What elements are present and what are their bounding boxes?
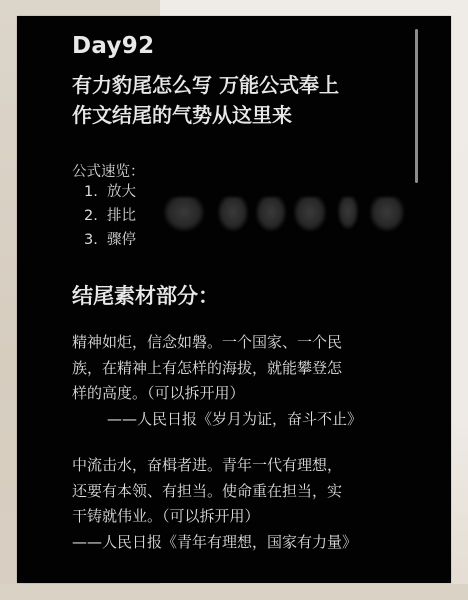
formula-item-text: 排比 bbox=[107, 208, 136, 224]
material-paragraph: 精神如炬，信念如磐。一个国家、一个民 族，在精神上有怎样的海拔，就能攀登怎 样的… bbox=[72, 330, 412, 432]
sheep-icon bbox=[218, 197, 248, 231]
material-source: ——人民日报《岁月为证，奋斗不止》 bbox=[72, 407, 412, 433]
material-line: 干铸就伟业。（可以拆开用） bbox=[72, 504, 412, 530]
formula-item: 3.骤停 bbox=[84, 228, 136, 252]
sheep-icon bbox=[164, 197, 204, 231]
material-paragraph: 中流击水，奋楫者进。青年一代有理想， 还要有本领、有担当。使命重在担当，实 干铸… bbox=[72, 453, 412, 555]
material-source: ——人民日报《青年有理想，国家有力量》 bbox=[72, 530, 412, 556]
scrollbar[interactable] bbox=[415, 29, 418, 183]
material-line: 精神如炬，信念如磐。一个国家、一个民 bbox=[72, 330, 412, 356]
formula-item-text: 骤停 bbox=[107, 232, 136, 248]
formula-item-number: 1. bbox=[84, 180, 107, 204]
section-heading: 结尾素材部分： bbox=[72, 280, 219, 310]
note-card: Day92 有力豹尾怎么写 万能公式奉上 作文结尾的气势从这里来 公式速览： 1… bbox=[17, 16, 451, 583]
formula-item-number: 2. bbox=[84, 204, 107, 228]
sheep-icon bbox=[256, 197, 286, 231]
sheep-icon bbox=[338, 197, 358, 229]
title-line: 作文结尾的气势从这里来 bbox=[72, 100, 339, 130]
title-line: 有力豹尾怎么写 万能公式奉上 bbox=[72, 70, 339, 100]
sheep-icon bbox=[294, 197, 326, 231]
formula-label: 公式速览： bbox=[72, 160, 145, 181]
formula-item: 1.放大 bbox=[84, 180, 136, 204]
page-title: 有力豹尾怎么写 万能公式奉上 作文结尾的气势从这里来 bbox=[72, 70, 339, 130]
sheep-silhouettes-image bbox=[162, 191, 422, 241]
material-line: 中流击水，奋楫者进。青年一代有理想， bbox=[72, 453, 412, 479]
day-label: Day92 bbox=[72, 33, 154, 59]
formula-item: 2.排比 bbox=[84, 204, 136, 228]
formula-list: 1.放大 2.排比 3.骤停 bbox=[84, 180, 136, 252]
material-line: 样的高度。（可以拆开用） bbox=[72, 381, 412, 407]
formula-item-text: 放大 bbox=[107, 184, 136, 200]
formula-item-number: 3. bbox=[84, 228, 107, 252]
material-line: 族，在精神上有怎样的海拔，就能攀登怎 bbox=[72, 356, 412, 382]
sheep-icon bbox=[370, 197, 404, 231]
material-line: 还要有本领、有担当。使命重在担当，实 bbox=[72, 479, 412, 505]
background-bottom bbox=[0, 584, 468, 600]
